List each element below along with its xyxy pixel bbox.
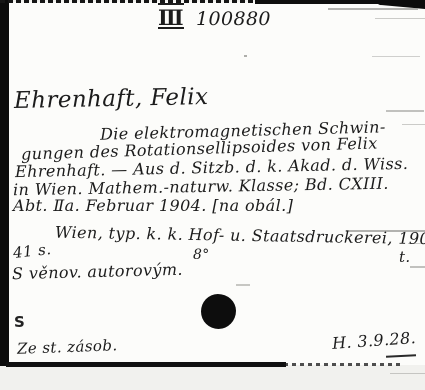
scan-artifact xyxy=(375,18,425,19)
format-mark: 8° xyxy=(193,247,210,263)
format-numeral: Ⅲ xyxy=(158,5,184,30)
call-number-value: 100880 xyxy=(196,8,271,30)
card-bottom-edge xyxy=(6,362,286,367)
author-heading: Ehrenhaft, Felix xyxy=(14,84,209,114)
scan-artifact xyxy=(372,56,420,57)
scan-edge-left xyxy=(0,0,9,366)
scan-artifact xyxy=(390,373,425,374)
scan-artifact xyxy=(410,266,425,268)
scan-artifact xyxy=(244,55,247,57)
acquisition-note: Ze st. zásob. xyxy=(17,336,118,357)
t-annotation: t. xyxy=(399,248,411,266)
scanned-catalog-card-page: Ⅲ100880 Ehrenhaft, Felix Die elektromagn… xyxy=(0,0,425,390)
citation-line: Abt. Ⅱa. Februar 1904. [na obál.] xyxy=(13,196,293,215)
scan-artifact xyxy=(236,284,250,286)
scan-artifact xyxy=(402,124,425,125)
call-number: Ⅲ100880 xyxy=(158,5,271,30)
punch-hole xyxy=(201,294,236,329)
scan-artifact xyxy=(328,8,418,10)
card-bottom-edge-dotted xyxy=(284,363,404,366)
scan-artifact xyxy=(386,110,424,112)
scan-edge-top-dotted xyxy=(0,0,258,3)
category-letter: S xyxy=(14,313,25,331)
